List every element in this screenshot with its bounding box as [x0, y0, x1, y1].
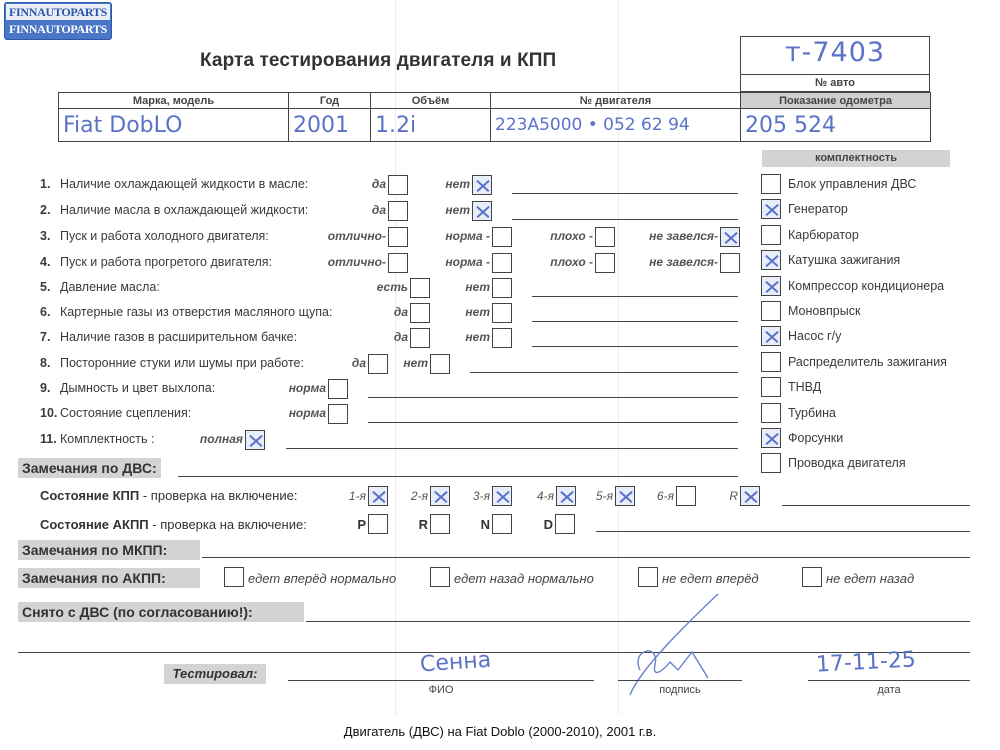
option-label: да: [320, 330, 408, 344]
mode-checkbox[interactable]: [368, 514, 388, 534]
tester-name: Сенна: [419, 648, 492, 678]
gear-label: 4-я: [516, 489, 554, 503]
notes-line[interactable]: [368, 397, 738, 398]
notes-line[interactable]: [532, 321, 738, 322]
kpp-label: Состояние КПП - проверка на включение:: [40, 488, 297, 503]
option-label: нет: [402, 330, 490, 344]
completeness-checkbox[interactable]: [761, 276, 781, 296]
name-caption: ФИО: [288, 684, 594, 696]
option-label: не завелся-: [630, 255, 718, 269]
option-label: да: [320, 305, 408, 319]
page-title: Карта тестирования двигателя и КПП: [200, 50, 556, 72]
header-make-model: Марка, модель: [59, 93, 289, 109]
checklist-label: Посторонние стуки или шумы при работе:: [60, 356, 304, 370]
mode-checkbox[interactable]: [430, 514, 450, 534]
manual-remarks-label: Замечания по МКПП:: [18, 540, 200, 560]
option-checkbox[interactable]: [595, 253, 615, 273]
option-checkbox[interactable]: [492, 328, 512, 348]
date-line[interactable]: [808, 680, 970, 681]
gear-checkbox[interactable]: [676, 486, 696, 506]
option-label: есть: [320, 280, 408, 294]
option-label: плохо -: [505, 255, 593, 269]
completeness-item-label: Блок управления ДВС: [788, 177, 916, 191]
manual-remarks-line[interactable]: [202, 557, 970, 558]
checklist-label: Наличие охлаждающей жидкости в масле:: [60, 177, 308, 191]
option-checkbox[interactable]: [472, 201, 492, 221]
akpp-label-bold: Состояние АКПП: [40, 517, 149, 532]
engine-remarks-label: Замечания по ДВС:: [18, 458, 161, 478]
kpp-label-rest: - проверка на включение:: [139, 488, 297, 503]
completeness-checkbox[interactable]: [761, 352, 781, 372]
checklist-label: Пуск и работа холодного двигателя:: [60, 229, 269, 243]
completeness-checkbox[interactable]: [761, 453, 781, 473]
remark-option-checkbox[interactable]: [430, 567, 450, 587]
checklist-label: Наличие масла в охлаждающей жидкости:: [60, 203, 308, 217]
checklist-label: Комплектность :: [60, 432, 154, 446]
completeness-header: комплектность: [762, 150, 950, 167]
completeness-item-label: Катушка зажигания: [788, 253, 900, 267]
vehicle-info-table: Марка, модель Год Объём № двигателя Пока…: [58, 92, 931, 142]
checklist-label: Состояние сцепления:: [60, 406, 191, 420]
option-label: нет: [402, 280, 490, 294]
option-label: норма -: [402, 255, 490, 269]
completeness-checkbox[interactable]: [761, 428, 781, 448]
header-year: Год: [289, 93, 371, 109]
checklist-number: 6.: [40, 305, 50, 319]
signature-caption: подпись: [618, 684, 742, 696]
gear-checkbox[interactable]: [740, 486, 760, 506]
gear-label: 3-я: [452, 489, 490, 503]
mode-label: R: [414, 517, 428, 532]
completeness-item-label: Компрессор кондиционера: [788, 279, 944, 293]
mode-label: D: [539, 517, 553, 532]
watermark-line-2: FINNAUTOPARTS: [5, 21, 111, 38]
kpp-notes-line[interactable]: [782, 505, 970, 506]
watermark-logo: FINNAUTOPARTS FINNAUTOPARTS: [4, 2, 112, 40]
option-checkbox[interactable]: [430, 354, 450, 374]
remark-option-checkbox[interactable]: [224, 567, 244, 587]
checklist-number: 2.: [40, 203, 50, 217]
gear-checkbox[interactable]: [368, 486, 388, 506]
akpp-label-rest: - проверка на включение:: [149, 517, 307, 532]
completeness-checkbox[interactable]: [761, 174, 781, 194]
checklist-number: 5.: [40, 280, 50, 294]
notes-line[interactable]: [470, 372, 738, 373]
checklist-number: 3.: [40, 229, 50, 243]
completeness-checkbox[interactable]: [761, 403, 781, 423]
value-year: 2001: [289, 109, 371, 142]
option-checkbox[interactable]: [720, 227, 740, 247]
gear-label: 6-я: [636, 489, 674, 503]
checklist-label: Дымность и цвет выхлопа:: [60, 381, 215, 395]
gear-checkbox[interactable]: [615, 486, 635, 506]
checklist-label: Картерные газы из отверстия масляного щу…: [60, 305, 332, 319]
checklist-number: 8.: [40, 356, 50, 370]
option-label: норма: [238, 381, 326, 395]
option-label: нет: [382, 177, 470, 191]
option-checkbox[interactable]: [472, 175, 492, 195]
completeness-item-label: Распределитель зажигания: [788, 355, 947, 369]
mode-checkbox[interactable]: [492, 514, 512, 534]
option-checkbox[interactable]: [245, 430, 265, 450]
gear-checkbox[interactable]: [492, 486, 512, 506]
checklist-number: 10.: [40, 406, 57, 420]
completeness-checkbox[interactable]: [761, 250, 781, 270]
option-checkbox[interactable]: [492, 278, 512, 298]
checklist-number: 1.: [40, 177, 50, 191]
checklist-label: Наличие газов в расширительном бачке:: [60, 330, 297, 344]
option-label: не завелся-: [630, 229, 718, 243]
completeness-item-label: Генератор: [788, 202, 848, 216]
checklist-number: 9.: [40, 381, 50, 395]
option-checkbox[interactable]: [720, 253, 740, 273]
option-label: нет: [340, 356, 428, 370]
mode-label: P: [352, 517, 366, 532]
remark-option-checkbox[interactable]: [638, 567, 658, 587]
date-caption: дата: [808, 684, 970, 696]
remark-option-label: едет назад нормально: [454, 571, 594, 586]
date-value: 17-11-25: [815, 647, 916, 677]
option-label: да: [298, 203, 386, 217]
value-odometer: 205 524: [741, 109, 931, 142]
akpp-label: Состояние АКПП - проверка на включение:: [40, 517, 307, 532]
remark-option-checkbox[interactable]: [802, 567, 822, 587]
value-make-model: Fiat DobLO: [59, 109, 289, 142]
completeness-checkbox[interactable]: [761, 326, 781, 346]
notes-line[interactable]: [532, 296, 738, 297]
auto-number-label: № авто: [741, 77, 929, 89]
option-label: нет: [382, 203, 470, 217]
completeness-item-label: Насос г/у: [788, 329, 841, 343]
notes-line[interactable]: [532, 346, 738, 347]
option-checkbox[interactable]: [595, 227, 615, 247]
image-caption: Двигатель (ДВС) на Fiat Doblo (2000-2010…: [0, 724, 1000, 739]
option-label: отлично-: [298, 229, 386, 243]
option-checkbox[interactable]: [328, 379, 348, 399]
completeness-item-label: Турбина: [788, 406, 836, 420]
checklist-number: 11.: [40, 432, 57, 446]
header-odometer: Показание одометра: [741, 93, 931, 109]
completeness-checkbox[interactable]: [761, 225, 781, 245]
completeness-item-label: Моновпрыск: [788, 304, 860, 318]
gear-checkbox[interactable]: [556, 486, 576, 506]
option-label: норма -: [402, 229, 490, 243]
auto-remarks-label: Замечания по АКПП:: [18, 568, 200, 588]
notes-line[interactable]: [368, 422, 738, 423]
option-label: норма: [238, 406, 326, 420]
option-label: полная: [155, 432, 243, 446]
header-volume: Объём: [371, 93, 491, 109]
auto-number-value: т-7403: [741, 37, 929, 75]
gear-label: 5-я: [575, 489, 613, 503]
value-engine-number: 223A5000 • 052 62 94: [491, 109, 741, 142]
value-volume: 1.2i: [371, 109, 491, 142]
completeness-item-label: Форсунки: [788, 431, 843, 445]
gear-label: 2-я: [390, 489, 428, 503]
checklist-number: 4.: [40, 255, 50, 269]
remark-option-label: не едет назад: [826, 571, 914, 586]
name-line[interactable]: [288, 680, 594, 681]
engine-remarks-line[interactable]: [178, 476, 738, 477]
option-checkbox[interactable]: [328, 404, 348, 424]
mode-label: N: [476, 517, 490, 532]
notes-line[interactable]: [512, 193, 738, 194]
removed-label: Снято с ДВС (по согласованию!):: [18, 602, 304, 622]
gear-label: 1-я: [328, 489, 366, 503]
remark-option-label: не едет вперёд: [662, 571, 759, 586]
option-checkbox[interactable]: [492, 303, 512, 323]
akpp-notes-line[interactable]: [596, 531, 970, 532]
signature-line[interactable]: [618, 680, 742, 681]
notes-line[interactable]: [512, 219, 738, 220]
option-label: да: [298, 177, 386, 191]
checklist-label: Давление масла:: [60, 280, 160, 294]
mode-checkbox[interactable]: [555, 514, 575, 534]
gear-label: R: [700, 489, 738, 503]
completeness-item-label: ТНВД: [788, 380, 821, 394]
checklist-label: Пуск и работа прогретого двигателя:: [60, 255, 272, 269]
completeness-item-label: Карбюратор: [788, 228, 859, 242]
auto-number-box: т-7403 № авто: [740, 36, 930, 92]
completeness-checkbox[interactable]: [761, 199, 781, 219]
notes-line[interactable]: [286, 448, 738, 449]
tested-by-label: Тестировал:: [164, 664, 266, 684]
option-label: отлично-: [298, 255, 386, 269]
watermark-line-1: FINNAUTOPARTS: [6, 4, 110, 20]
remark-option-label: едет вперёд нормально: [248, 571, 396, 586]
gear-checkbox[interactable]: [430, 486, 450, 506]
completeness-checkbox[interactable]: [761, 377, 781, 397]
kpp-label-bold: Состояние КПП: [40, 488, 139, 503]
header-engine-number: № двигателя: [491, 93, 741, 109]
option-label: плохо -: [505, 229, 593, 243]
completeness-checkbox[interactable]: [761, 301, 781, 321]
completeness-item-label: Проводка двигателя: [788, 456, 906, 470]
checklist-number: 7.: [40, 330, 50, 344]
option-label: нет: [402, 305, 490, 319]
